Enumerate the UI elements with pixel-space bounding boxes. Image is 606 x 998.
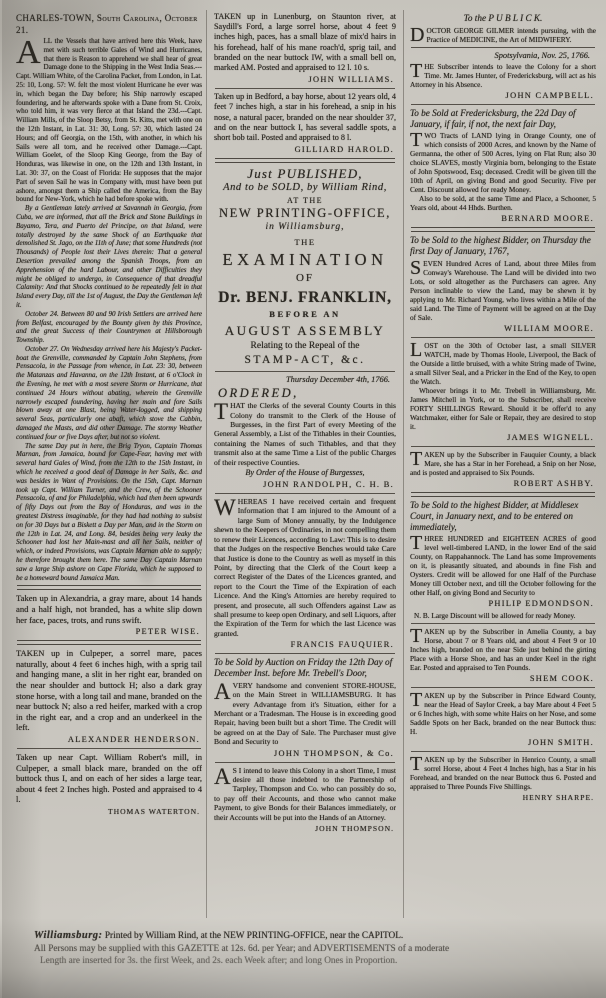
article-text: AKEN up by the Subscriber in Henrico Cou… [410, 755, 596, 791]
drop-cap: T [410, 131, 424, 148]
lost-text: LOST on the 30th of October last, a smal… [410, 341, 596, 386]
by-order-line: By Order of the House of Burgesses, [214, 468, 396, 478]
signature: JOHN THOMPSON, & Co. [214, 748, 394, 759]
drop-cap: A [16, 37, 44, 66]
sale-heading: To be Sold to the highest Bidder, at Mid… [410, 500, 596, 532]
printer-imprint: Williamsburg: Printed by William Rind, a… [34, 930, 592, 968]
ad-henrico-horse: TAKEN up by the Subscriber in Henrico Co… [410, 755, 596, 803]
section-divider [411, 492, 595, 497]
imprint-line-3: Length are inserted for 3s. the first We… [34, 955, 592, 968]
auction-text: A VERY handsome and convenient STORE-HOU… [214, 681, 396, 747]
sale-text: THREE HUNDRED and EIGHTEEN ACRES of good… [410, 534, 596, 597]
section-divider [411, 446, 595, 447]
section-divider [215, 158, 395, 163]
signature: HENRY SHARPE. [410, 792, 594, 803]
article-text: LL the Vessels that have arrived here th… [16, 37, 202, 203]
dateline-charlestown: CHARLES-TOWN, South Carolina, October 21… [16, 12, 202, 36]
sale-text: TWO Tracts of LAND lying in Orange Count… [410, 131, 596, 194]
news-packet-grenville: October 27. On Wednesday arrived here hi… [16, 345, 202, 442]
signature: JOHN RANDOLPH, C. H. B. [214, 479, 394, 490]
section-divider [411, 687, 595, 688]
drop-cap: T [214, 401, 230, 421]
signature: JAMES WIGNELL. [410, 432, 594, 443]
drop-cap: A [214, 766, 233, 786]
signature: BERNARD MOORE. [410, 213, 594, 224]
franklin-line-in-williamsburg: in Williamsburg, [214, 221, 396, 234]
franklin-line-the: THE [214, 236, 396, 248]
section-divider [215, 653, 395, 654]
section-divider [17, 585, 201, 590]
notice-fauquier-ordinaries: WHEREAS I have received certain and freq… [214, 497, 396, 650]
section-divider [411, 337, 595, 338]
article-text: HE Subscriber intends to leave the Colon… [410, 62, 596, 89]
sale-heading: To be Sold to the highest Bidder, on Thu… [410, 235, 596, 257]
article-text: EVEN Hundred Acres of Land, about three … [410, 259, 596, 322]
franklin-line-examination: EXAMINATION [214, 250, 396, 270]
article-text: HEREAS I have received certain and frequ… [214, 497, 396, 638]
franklin-line-before-an: BEFORE AN [214, 308, 396, 320]
ad-fauquier-mare: TAKEN up by the Subscriber in Fauquier C… [410, 450, 596, 489]
auction-heading: To be Sold by Auction on Friday the 12th… [214, 657, 396, 679]
section-divider [215, 371, 395, 372]
news-irish-settlers: October 24. Between 80 and 90 Irish Sett… [16, 310, 202, 345]
drop-cap: T [410, 534, 424, 551]
stray-text: TAKEN up by the Subscriber in Fauquier C… [410, 450, 596, 477]
section-divider [215, 762, 395, 763]
ad-culpeper-strays: TAKEN up in Culpeper, a sorrel mare, pac… [16, 648, 202, 733]
lost-reward-text: Whoever brings it to Mr. Trebell in Will… [410, 386, 596, 431]
ad-conway-land-sale: To be Sold to the highest Bidder, on Thu… [410, 235, 596, 334]
ad-lunenburg-horse: TAKEN up in Lunenburg, on Staunton river… [214, 12, 396, 73]
sale-text: SEVEN Hundred Acres of Land, about three… [410, 259, 596, 322]
ad-lost-silver-watch: LOST on the 30th of October last, a smal… [410, 341, 596, 443]
column-rule-right [403, 10, 404, 918]
franklin-line-sold-by: And to be SOLD, by William Rind, [214, 181, 396, 195]
notice-doctor-gilmer: DOCTOR GEORGE GILMER intends pursuing, w… [410, 26, 596, 44]
signature: JOHN CAMPBELL. [410, 90, 594, 101]
spotsylvania-dateline: Spotsylvania, Nov. 25, 1766. [410, 51, 590, 61]
notice-text: WHEREAS I have received certain and freq… [214, 497, 396, 638]
column-right: To the P U B L I C K. DOCTOR GEORGE GILM… [410, 12, 596, 926]
section-divider [17, 748, 201, 749]
signature: JOHN SMITH. [410, 737, 594, 748]
drop-cap: T [410, 62, 424, 79]
signature: JOHN WILLIAMS. [214, 74, 394, 85]
order-date: Thursday December 4th, 1766. [214, 375, 390, 385]
ad-amelia-horse: TAKEN up by the Subscriber in Amelia Cou… [410, 627, 596, 684]
article-text: VERY handsome and convenient STORE-HOUSE… [214, 681, 396, 746]
sale-heading: To be Sold at Fredericksburg, the 22d Da… [410, 108, 596, 130]
stray-text: TAKEN up by the Subscriber in Prince Edw… [410, 691, 596, 736]
drop-cap: S [410, 259, 423, 276]
ad-middlesex-land-sale: To be Sold to the highest Bidder, at Mid… [410, 500, 596, 620]
imprint-line-1: Williamsburg: Printed by William Rind, a… [34, 930, 592, 943]
news-hurricanes: ALL the Vessels that have arrived here t… [16, 37, 202, 204]
notice-thompson-departure: AS I intend to leave this Colony in a sh… [214, 766, 396, 834]
drop-cap: A [214, 681, 233, 701]
franklin-line-of: OF [214, 271, 396, 286]
ad-prince-edward-mare: TAKEN up by the Subscriber in Prince Edw… [410, 691, 596, 748]
order-word: ORDERED, [218, 386, 396, 400]
section-divider [411, 47, 595, 48]
section-divider [411, 104, 595, 105]
franklin-line-just-published: Just PUBLISHED, [214, 166, 396, 181]
article-text: HAT the Clerks of the several County Cou… [214, 401, 396, 466]
signature: ALEXANDER HENDERSON. [16, 734, 200, 745]
drop-cap: T [410, 755, 424, 772]
signature: THOMAS WATERTON. [16, 806, 200, 817]
ad-roberts-mill-mare: Taken up near Capt. William Robert's mil… [16, 752, 202, 805]
news-earthquake-cuba: By a Gentleman lately arrived at Savanna… [16, 204, 202, 310]
drop-cap: T [410, 691, 424, 708]
notice-campbell: THE Subscriber intends to leave the Colo… [410, 62, 596, 89]
signature: PETER WISE. [16, 626, 200, 637]
section-divider [411, 623, 595, 624]
drop-cap: W [214, 497, 238, 517]
notice-burgesses-order: Thursday December 4th, 1766. ORDERED, TH… [214, 375, 396, 490]
franklin-line-at-the: AT THE [214, 195, 396, 206]
drop-cap: T [410, 627, 424, 644]
imprint-city: Williamsburg: [34, 930, 103, 941]
section-divider [215, 88, 395, 89]
ad-storehouse-auction: To be Sold by Auction on Friday the 12th… [214, 657, 396, 758]
signature: JOHN THOMPSON. [214, 823, 394, 834]
stray-text: TAKEN up by the Subscriber in Amelia Cou… [410, 627, 596, 672]
drop-cap: L [410, 341, 424, 358]
signature: WILLIAM MOORE. [410, 323, 594, 334]
stray-text: TAKEN up by the Subscriber in Henrico Co… [410, 755, 596, 791]
drop-cap: D [410, 26, 426, 43]
article-text: S I intend to leave this Colony in a sho… [214, 766, 396, 822]
article-text: WO Tracts of LAND lying in Orange County… [410, 131, 596, 194]
drop-cap: T [410, 450, 424, 467]
signature: SHEM COOK. [410, 673, 594, 684]
article-text: AKEN up by the Subscriber in Prince Edwa… [410, 691, 596, 736]
ad-alexandria-mare: Taken up in Alexandria, a gray mare, abo… [16, 593, 202, 625]
article-text: HREE HUNDRED and EIGHTEEN ACRES of good … [410, 534, 596, 597]
section-divider [17, 640, 201, 645]
nota-bene: N. B. Large Discount will be allowed for… [410, 611, 596, 620]
franklin-line-printing-office: NEW PRINTING-OFFICE, [214, 206, 396, 221]
column-middle: TAKEN up in Lunenburg, on Staunton river… [214, 12, 396, 926]
column-left: CHARLES-TOWN, South Carolina, October 21… [16, 12, 202, 926]
column-rule-left [206, 10, 207, 918]
section-divider [215, 493, 395, 494]
signature: ROBERT ASHBY. [410, 478, 594, 489]
ad-spotswood-land-sale: To be Sold at Fredericksburg, the 22d Da… [410, 108, 596, 225]
newspaper-page: CHARLES-TOWN, South Carolina, October 21… [0, 0, 606, 998]
ad-franklin-examination: Just PUBLISHED, And to be SOLD, by Willi… [214, 166, 396, 368]
imprint-text-1: Printed by William Rind, at the NEW PRIN… [103, 931, 404, 941]
notice-text: AS I intend to leave this Colony in a sh… [214, 766, 396, 822]
franklin-line-name: Dr. BENJ. FRANKLIN, [214, 288, 396, 307]
section-divider [411, 751, 595, 752]
signature: PHILIP EDMONDSON. [410, 598, 594, 609]
article-text: OCTOR GEORGE GILMER intends pursuing, wi… [426, 26, 596, 44]
imprint-line-2: All Persons may be supplied with this GA… [34, 943, 592, 956]
article-text: AKEN up by the Subscriber in Amelia Coun… [410, 627, 596, 672]
news-brig-tryon: The same Day put in here, the Brig Tryon… [16, 442, 202, 583]
ad-bedford-horse: Taken up in Bedford, a bay horse, about … [214, 92, 396, 143]
sale-also-text: Also to be sold, at the same Time and Pl… [410, 194, 596, 212]
franklin-line-relating: Relating to the Repeal of the [214, 340, 396, 352]
signature: FRANCIS FAUQUIER. [214, 639, 394, 650]
franklin-line-stamp-act: STAMP-ACT, &c. [214, 353, 396, 368]
heading-to-the-publick: To the P U B L I C K. [410, 13, 596, 24]
signature: GILLIARD HAROLD. [214, 144, 394, 155]
article-text: AKEN up by the Subscriber in Fauquier Co… [410, 450, 596, 477]
section-divider [411, 227, 595, 232]
order-text: THAT the Clerks of the several County Co… [214, 401, 396, 467]
article-text: OST on the 30th of October last, a small… [410, 341, 596, 386]
franklin-line-august-assembly: AUGUST ASSEMBLY [214, 322, 396, 339]
